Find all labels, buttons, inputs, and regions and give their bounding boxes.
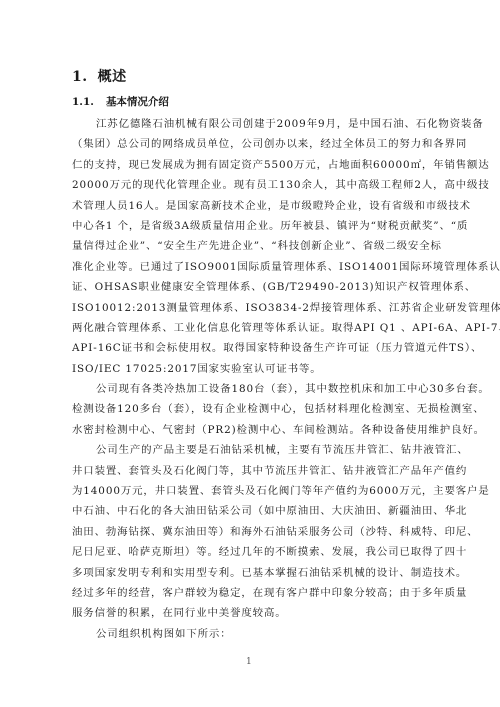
paragraph-company-overview: 江苏亿德隆石油机械有限公司创建于2009年9月，是中国石油、石化物资装备 （集团… xyxy=(72,114,430,644)
text-line: 中石油、中石化的各大油田钻采公司（如中原油田、大庆油田、新疆油田、华北 xyxy=(72,501,430,521)
text-line: 水密封检测中心、气密封（PR2)检测中心、车间检测站。各种设备使用维护良好。 xyxy=(72,420,430,440)
text-line: 仁的支持，现已发展成为拥有固定资产5500万元，占地面积60000㎡，年销售额达 xyxy=(72,155,430,175)
text-line: 江苏亿德隆石油机械有限公司创建于2009年9月，是中国石油、石化物资装备 xyxy=(72,114,430,134)
text-line: 公司现有各类冷热加工设备180台（套），其中数控机床和加工中心30多台套。 xyxy=(72,379,430,399)
text-line: 多项国家发明专利和实用型专利。已基本掌握石油钻采机械的设计、制造技术。 xyxy=(72,563,430,583)
text-line: （集团）总公司的网络成员单位，公司创办以来，经过全体员工的努力和各界同 xyxy=(72,134,430,154)
page-number: 1 xyxy=(246,657,252,667)
heading-1-number: 1. xyxy=(72,69,88,85)
text-line: 术管理人员16人。是国家高新技术企业，是市级瞪羚企业，设有省级和市级技术 xyxy=(72,196,430,216)
text-line: API-16C证书和会标使用权。取得国家特种设备生产许可证（压力管道元件TS）、 xyxy=(72,338,430,358)
text-line: 量信得过企业”、“安全生产先进企业”、“科技创新企业”、省级二级安全标 xyxy=(72,236,430,256)
text-line: ISO10012:2013测量管理体系、ISO3834-2焊接管理体系、江苏省企… xyxy=(72,298,430,318)
text-line: 井口装置、套管头及石化阀门等，其中节流压井管汇、钻井液管汇产品年产值约 xyxy=(72,461,430,481)
heading-1: 1.概述 xyxy=(72,66,127,86)
heading-2-number: 1.1. xyxy=(72,96,94,108)
text-line: 检测设备120多台（套），设有企业检测中心，包括材料理化检测室、无损检测室、 xyxy=(72,399,430,419)
text-line: 公司生产的产品主要是石油钻采机械，主要有节流压井管汇、钻井液管汇、 xyxy=(72,440,430,460)
text-line: 20000万元的现代化管理企业。现有员工130余人，其中高级工程师2人，高中级技 xyxy=(72,175,430,195)
text-line: 尼日尼亚、哈萨克斯坦）等。经过几年的不断摸索、发展，我公司已取得了四十 xyxy=(72,542,430,562)
text-line: 经过多年的经营，客户群较为稳定，在现有客户群中印象分较高；由于多年质量 xyxy=(72,583,430,603)
heading-2: 1.1.基本情况介绍 xyxy=(72,94,169,109)
text-line: 准化企业等。已通过了ISO9001国际质量管理体系、ISO14001国际环境管理… xyxy=(72,257,430,277)
text-line: 为14000万元，井口装置、套管头及石化阀门等年产值约为6000万元，主要客户是 xyxy=(72,481,430,501)
text-line: 服务信誉的积累，在同行业中美誉度较高。 xyxy=(72,603,430,623)
text-line: 公司组织机构图如下所示： xyxy=(72,624,430,644)
heading-1-title: 概述 xyxy=(98,69,127,85)
heading-2-title: 基本情况介绍 xyxy=(106,96,169,108)
text-line: 中心各1 个，是省级3A级质量信用企业。历年被县、镇评为“财税贡献奖”、“质 xyxy=(72,216,430,236)
text-line: 油田、勃海钻探、冀东油田等）和海外石油钻采服务公司（沙特、科威特、印尼、 xyxy=(72,522,430,542)
document-page: 1.概述 1.1.基本情况介绍 江苏亿德隆石油机械有限公司创建于2009年9月，… xyxy=(0,0,500,707)
text-line: 证、OHSAS职业健康安全管理体系、(GB/T29490-2013)知识产权管理… xyxy=(72,277,430,297)
text-line: 两化融合管理体系、工业化信息化管理等体系认证。取得API Q1 、API-6A、… xyxy=(72,318,430,338)
text-line: ISO/IEC 17025:2017国家实验室认可证书等。 xyxy=(72,359,430,379)
